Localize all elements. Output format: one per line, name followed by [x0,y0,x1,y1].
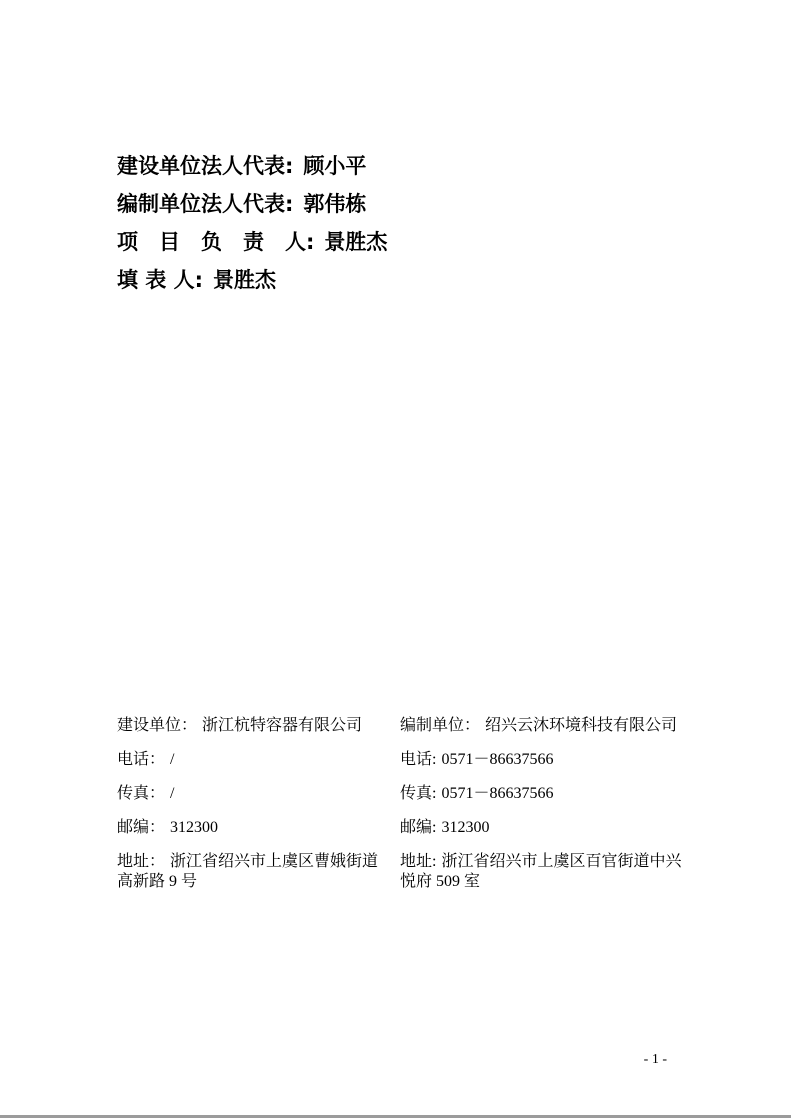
compilation-postcode-row: 邮编:312300 [400,818,682,838]
construction-unit-name-row: 建设单位：浙江杭特容器有限公司 [117,716,392,736]
compilation-fax-row: 传真:0571－86637566 [400,784,682,804]
construction-phone-row: 电话：/ [117,750,392,770]
project-leader-value: 景胜杰 [324,230,387,254]
form-filler-label: 填 表 人: [117,268,203,292]
compilation-address-label: 地址: [400,853,436,870]
construction-fax-row: 传真：/ [117,784,392,804]
compilation-address-row: 地址:浙江省绍兴市上虞区百官街道中兴悦府 509 室 [400,852,682,892]
project-leader-label: 项 目 负 责 人: [117,230,314,254]
page-bottom-edge [0,1115,791,1118]
project-leader-row: 项 目 负 责 人:景胜杰 [117,223,387,261]
compilation-unit-legal-rep-row: 编制单位法人代表:郭伟栋 [117,185,387,223]
compilation-unit-column: 编制单位：绍兴云沐环境科技有限公司 电话:0571－86637566 传真:05… [400,716,682,906]
form-filler-row: 填 表 人:景胜杰 [117,261,387,299]
construction-address-label: 地址： [117,853,165,870]
compilation-unit-legal-rep-label: 编制单位法人代表: [117,192,293,216]
construction-unit-name-value: 浙江杭特容器有限公司 [202,717,362,734]
construction-postcode-row: 邮编：312300 [117,818,392,838]
compilation-unit-name-label: 编制单位： [400,717,480,734]
construction-postcode-value: 312300 [170,819,218,836]
signatories-block: 建设单位法人代表:顾小平 编制单位法人代表:郭伟栋 项 目 负 责 人:景胜杰 … [117,147,387,299]
construction-postcode-label: 邮编： [117,819,165,836]
compilation-unit-name-value: 绍兴云沐环境科技有限公司 [485,717,677,734]
construction-unit-legal-rep-label: 建设单位法人代表: [117,154,293,178]
compilation-unit-name-row: 编制单位：绍兴云沐环境科技有限公司 [400,716,682,736]
page-number: - 1 - [644,1052,667,1068]
compilation-unit-legal-rep-value: 郭伟栋 [303,192,366,216]
compilation-postcode-value: 312300 [441,819,489,836]
construction-unit-legal-rep-value: 顾小平 [303,154,366,178]
compilation-phone-row: 电话:0571－86637566 [400,750,682,770]
construction-fax-label: 传真： [117,785,165,802]
construction-address-row: 地址：浙江省绍兴市上虞区曹娥街道高新路 9 号 [117,852,392,892]
form-filler-value: 景胜杰 [213,268,276,292]
compilation-postcode-label: 邮编: [400,819,436,836]
compilation-phone-label: 电话: [400,751,436,768]
construction-phone-label: 电话： [117,751,165,768]
document-page: 建设单位法人代表:顾小平 编制单位法人代表:郭伟栋 项 目 负 责 人:景胜杰 … [0,0,791,1120]
construction-unit-name-label: 建设单位： [117,717,197,734]
compilation-phone-value: 0571－86637566 [441,751,553,768]
construction-unit-column: 建设单位：浙江杭特容器有限公司 电话：/ 传真：/ 邮编：312300 地址：浙… [117,716,392,906]
construction-unit-legal-rep-row: 建设单位法人代表:顾小平 [117,147,387,185]
construction-fax-value: / [170,785,174,802]
contact-columns: 建设单位：浙江杭特容器有限公司 电话：/ 传真：/ 邮编：312300 地址：浙… [117,716,682,906]
compilation-address-value: 浙江省绍兴市上虞区百官街道中兴悦府 509 室 [400,853,681,890]
compilation-fax-label: 传真: [400,785,436,802]
construction-phone-value: / [170,751,174,768]
compilation-fax-value: 0571－86637566 [441,785,553,802]
